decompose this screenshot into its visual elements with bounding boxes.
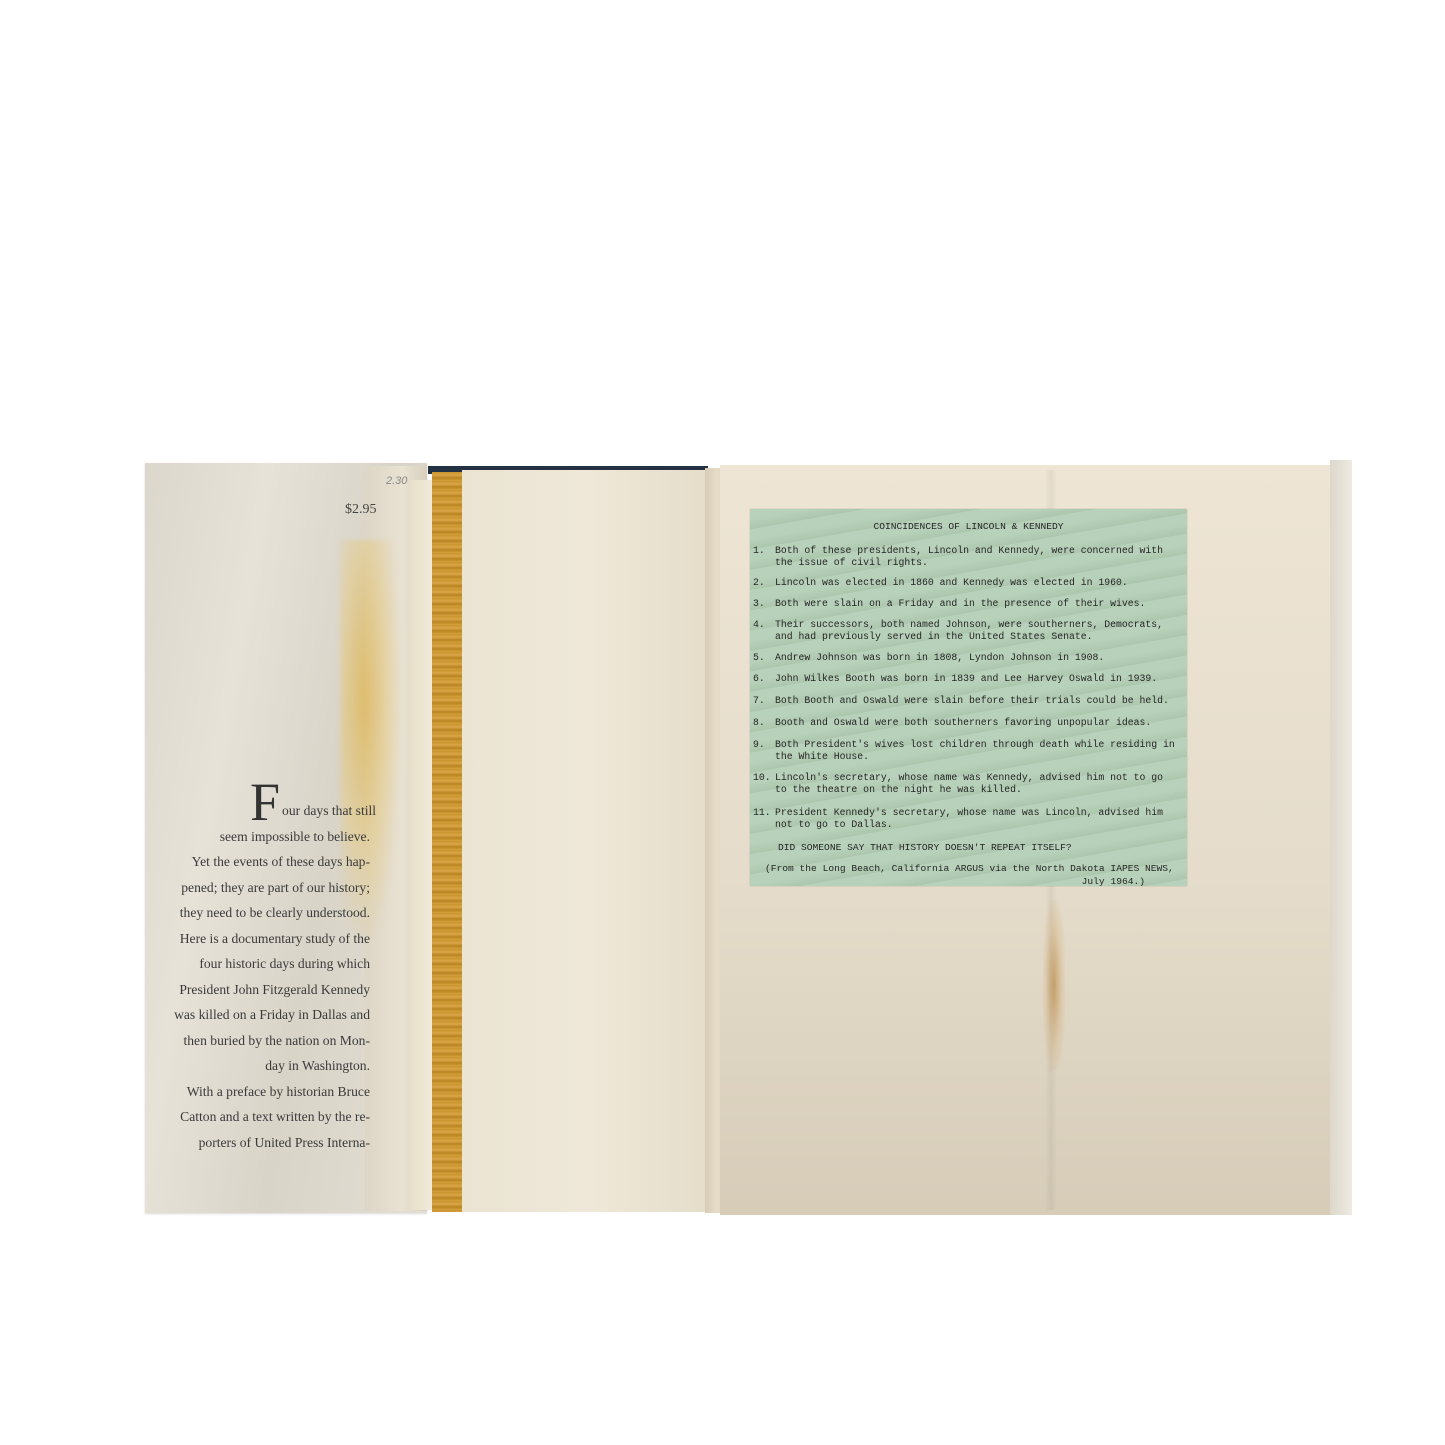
list-item: 6.John Wilkes Booth was born in 1839 and… [753, 673, 1183, 685]
source-citation: (From the Long Beach, California ARGUS v… [765, 862, 1175, 888]
jacket-right-edge [1330, 460, 1352, 1215]
item-number: 6. [753, 673, 775, 685]
item-number: 2. [753, 577, 775, 589]
left-endpaper [462, 470, 712, 1212]
item-number: 10. [753, 772, 775, 784]
item-text: John Wilkes Booth was born in 1839 and L… [775, 673, 1180, 685]
blurb-line: President John Fitzgerald Kennedy [155, 977, 370, 1003]
item-number: 3. [753, 598, 775, 610]
drop-cap: F [250, 782, 280, 822]
list-item: 11.President Kennedy's secretary, whose … [753, 807, 1183, 831]
blurb-line: porters of United Press Interna- [155, 1130, 370, 1156]
item-number: 7. [753, 695, 775, 707]
item-text: Booth and Oswald were both southerners f… [775, 717, 1180, 729]
list-item: 2.Lincoln was elected in 1860 and Kenned… [753, 577, 1183, 589]
blurb-line: was killed on a Friday in Dallas and [155, 1002, 370, 1028]
pasted-clipping: COINCIDENCES OF LINCOLN & KENNEDY 1.Both… [750, 509, 1187, 886]
item-text: Lincoln's secretary, whose name was Kenn… [775, 772, 1180, 796]
list-item: 8.Booth and Oswald were both southerners… [753, 717, 1183, 729]
blurb-line: Here is a documentary study of the [155, 926, 370, 952]
item-text: Both President's wives lost children thr… [775, 739, 1180, 763]
clipping-title: COINCIDENCES OF LINCOLN & KENNEDY [750, 521, 1187, 532]
blurb-line: four historic days during which [155, 951, 370, 977]
item-number: 8. [753, 717, 775, 729]
item-text: Lincoln was elected in 1860 and Kennedy … [775, 577, 1180, 589]
blurb-line: With a preface by historian Bruce [155, 1079, 370, 1105]
blurb-line: then buried by the nation on Mon- [155, 1028, 370, 1054]
list-item: 3.Both were slain on a Friday and in the… [753, 598, 1183, 610]
item-number: 1. [753, 545, 775, 557]
blurb-line: Yet the events of these days hap- [155, 849, 370, 875]
blurb-line: day in Washington. [155, 1053, 370, 1079]
item-number: 4. [753, 619, 775, 631]
closing-question: DID SOMEONE SAY THAT HISTORY DOESN'T REP… [778, 842, 1072, 853]
blurb-line: Catton and a text written by the re- [155, 1104, 370, 1130]
item-text: Andrew Johnson was born in 1808, Lyndon … [775, 652, 1180, 664]
list-item: 10.Lincoln's secretary, whose name was K… [753, 772, 1183, 796]
source-line-1: (From the Long Beach, California ARGUS v… [765, 863, 1174, 874]
list-item: 4.Their successors, both named Johnson, … [753, 619, 1183, 643]
item-text: President Kennedy's secretary, whose nam… [775, 807, 1180, 831]
pencil-note: 2.30 [386, 475, 407, 487]
list-item: 7.Both Booth and Oswald were slain befor… [753, 695, 1183, 707]
list-item: 9.Both President's wives lost children t… [753, 739, 1183, 763]
list-item: 1.Both of these presidents, Lincoln and … [753, 545, 1183, 569]
item-text: Both were slain on a Friday and in the p… [775, 598, 1180, 610]
item-number: 5. [753, 652, 775, 664]
source-line-2: July 1964.) [765, 875, 1175, 888]
hinge-strip [410, 480, 432, 1210]
item-text: Their successors, both named Johnson, we… [775, 619, 1180, 643]
rust-stain [1043, 900, 1065, 1070]
item-text: Both of these presidents, Lincoln and Ke… [775, 545, 1180, 569]
item-text: Both Booth and Oswald were slain before … [775, 695, 1180, 707]
cloth-tape-strip [432, 472, 462, 1212]
blurb-line: they need to be clearly understood. [155, 900, 370, 926]
item-number: 9. [753, 739, 775, 751]
price-label: $2.95 [345, 502, 377, 518]
list-item: 5.Andrew Johnson was born in 1808, Lyndo… [753, 652, 1183, 664]
blurb-line: seem impossible to believe. [155, 824, 370, 850]
blurb-line: pened; they are part of our history; [155, 875, 370, 901]
jacket-blurb: F our days that still seem impossible to… [155, 780, 370, 1155]
item-number: 11. [753, 807, 775, 819]
